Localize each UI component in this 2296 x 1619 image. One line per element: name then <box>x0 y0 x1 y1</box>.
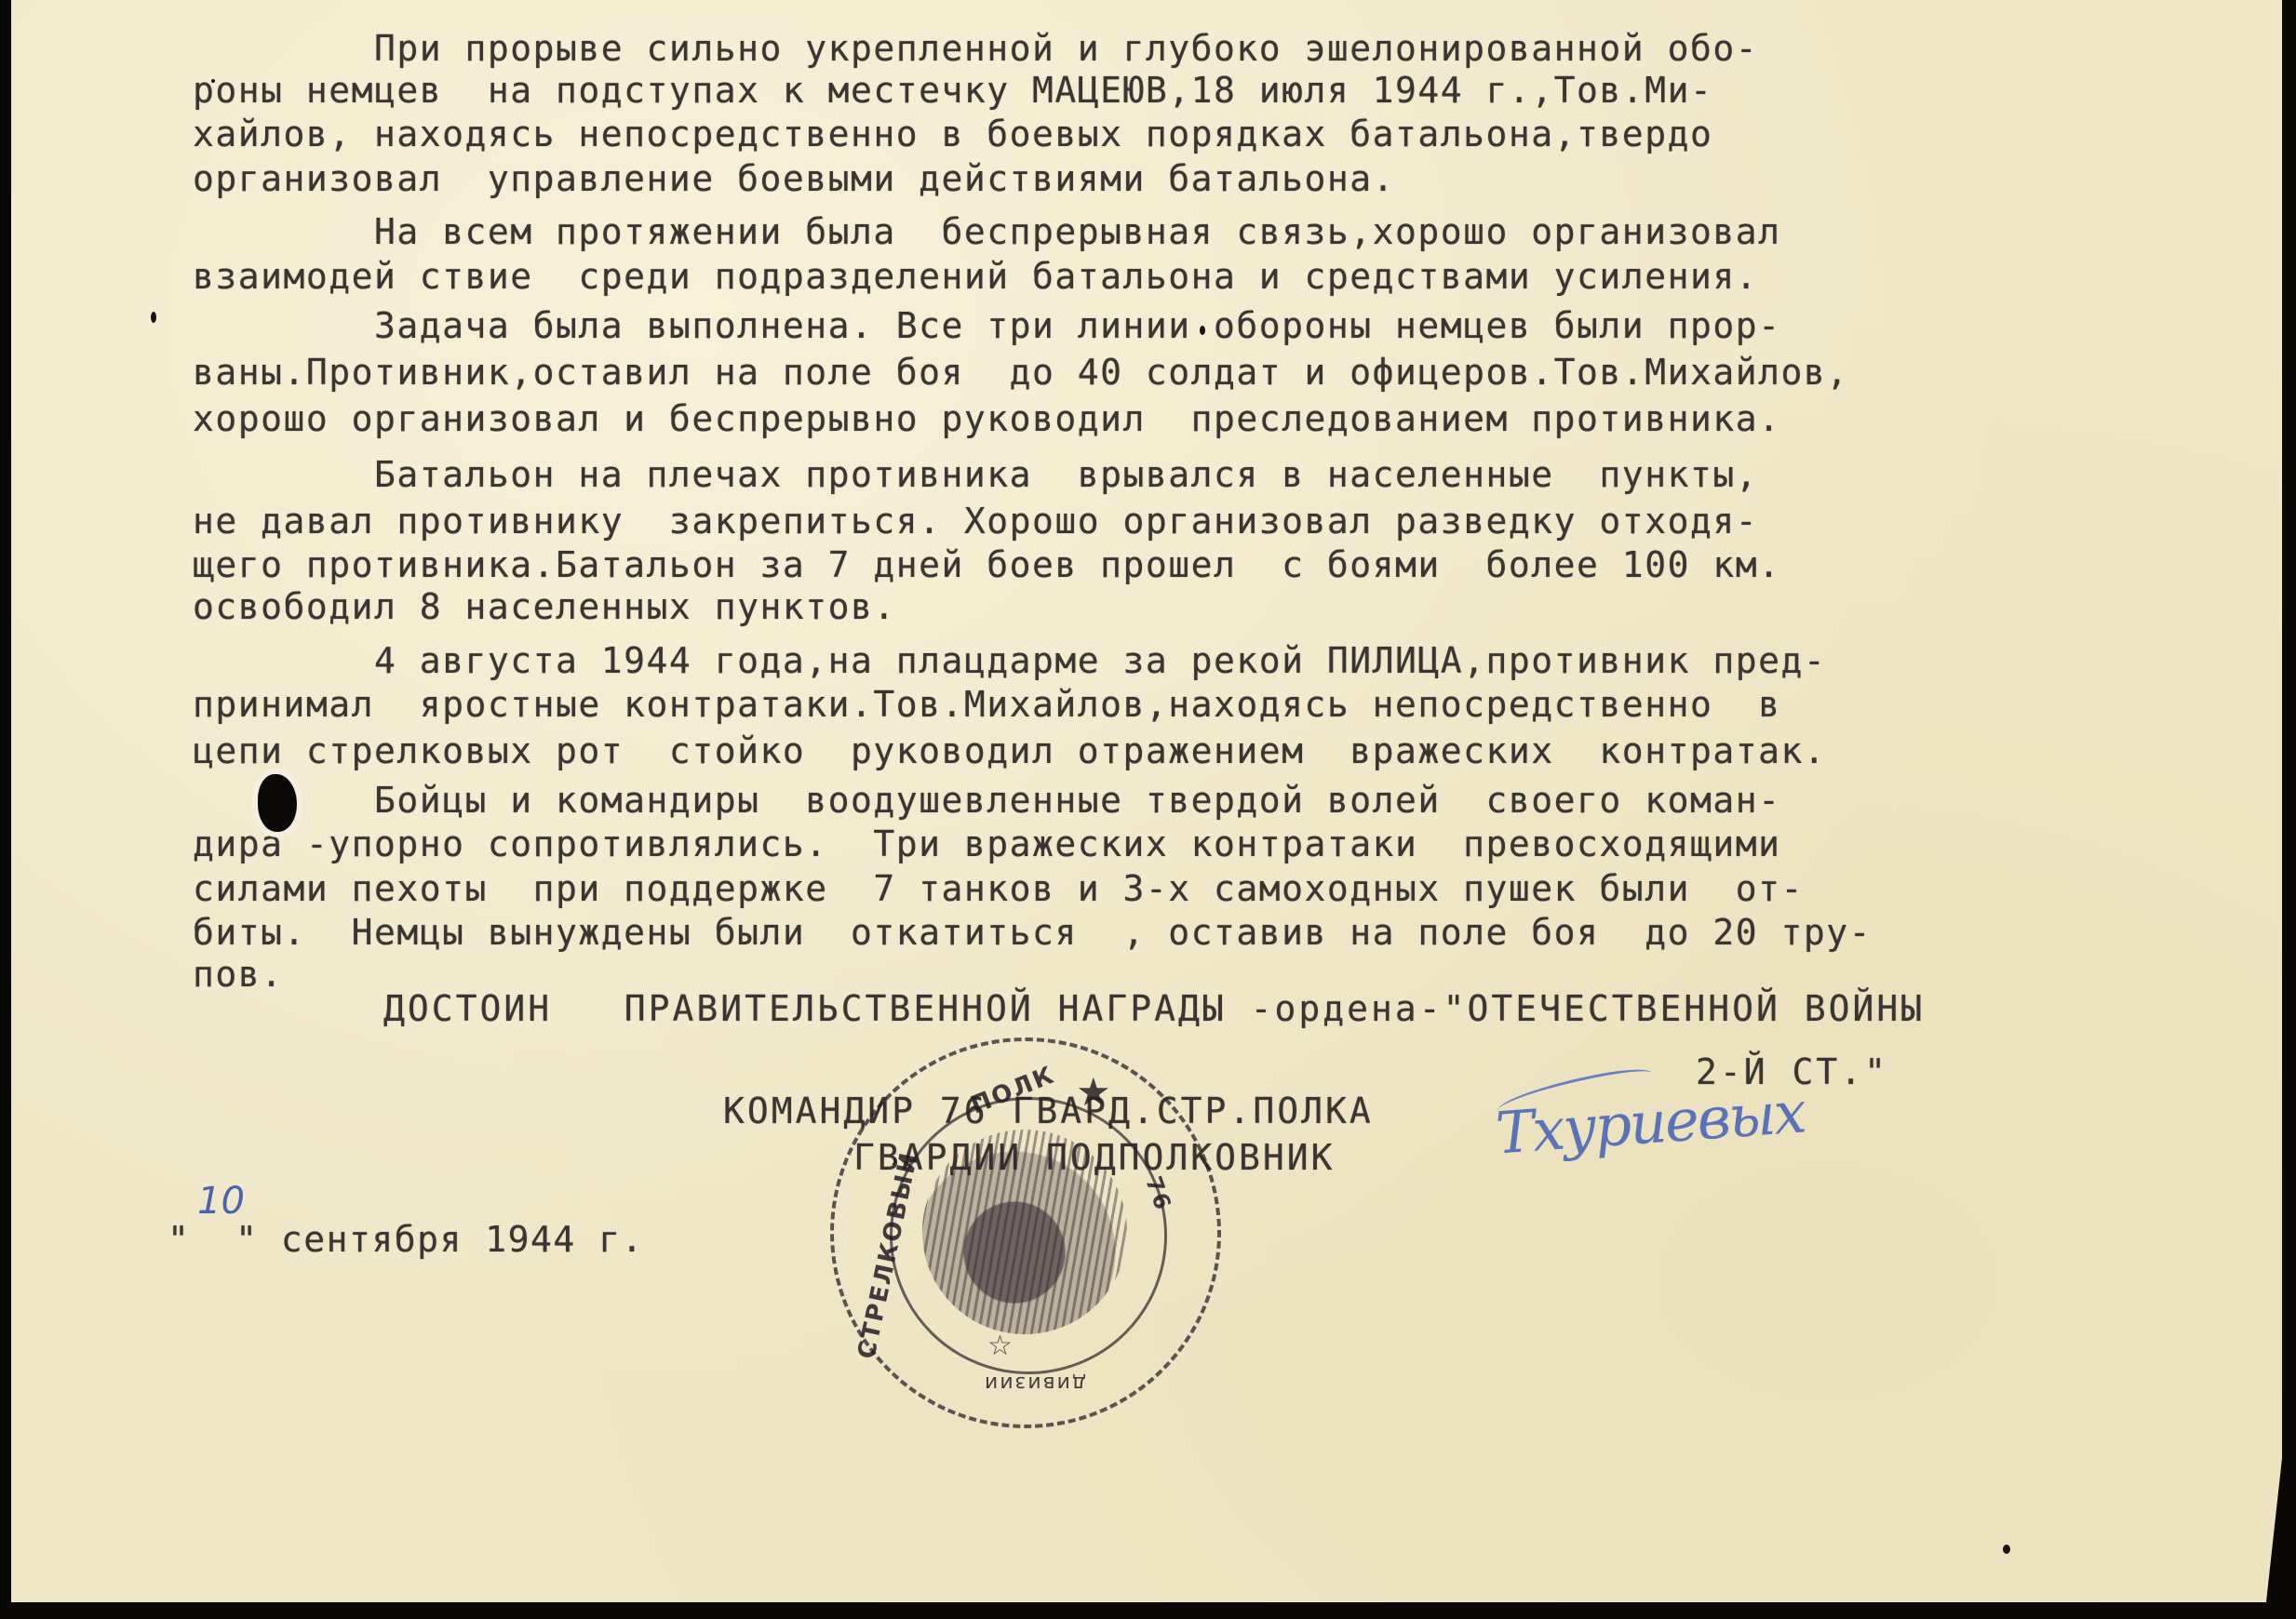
star-icon: ★ <box>1076 1069 1111 1116</box>
coat-of-arms-emblem <box>922 1130 1127 1334</box>
text-line: ваны.Противник,оставил на поле боя до 40… <box>193 352 1849 393</box>
text-line: роны немцев на подступах к местечку МАЦЕ… <box>193 70 1712 111</box>
award-recommendation: ДОСТОИН ПРАВИТЕЛЬСТВЕННОЙ НАГРАДЫ -орден… <box>383 988 1925 1029</box>
text-line: Батальон на плечах противника врывался в… <box>193 454 1758 495</box>
text-line: силами пехоты при поддержке 7 танков и 3… <box>193 868 1804 909</box>
text-line: При прорыве сильно укрепленной и глубоко… <box>193 28 1758 69</box>
ink-speck <box>211 79 215 83</box>
ink-speck <box>1200 326 1205 335</box>
seal-text-bottom: дивизии <box>983 1371 1086 1395</box>
text-line: принимал яростные контратаки.Тов.Михайло… <box>193 684 1780 725</box>
paper-sheet: При прорыве сильно укрепленной и глубоко… <box>11 0 2282 1602</box>
text-line: освободил 8 населенных пунктов. <box>193 586 896 627</box>
punch-hole <box>258 774 297 832</box>
regiment-seal-stamp: ★ ☆ ПОЛК СТРЕЛКОВЫЙ дивизии 76 <box>830 1037 1221 1428</box>
scanned-document: При прорыве сильно укрепленной и глубоко… <box>0 0 2296 1619</box>
ink-speck <box>151 312 156 323</box>
text-line: 4 августа 1944 года,на плацдарме за реко… <box>193 640 1826 681</box>
ink-speck <box>2003 1545 2010 1554</box>
text-line: щего противника.Батальон за 7 дней боев … <box>193 544 1780 585</box>
star-icon: ☆ <box>987 1330 1013 1362</box>
text-line: взаимодей ствие среди подразделений бата… <box>193 256 1758 297</box>
text-line: дира -упорно сопротивлялись. Три вражеск… <box>193 823 1780 864</box>
text-line: организовал управление боевыми действиям… <box>193 158 1395 199</box>
text-line: биты. Немцы вынуждены были откатиться , … <box>193 912 1872 953</box>
text-line: пов. <box>193 954 284 995</box>
date-day-handwritten: 10 <box>197 1180 245 1223</box>
date-line: " " сентября 1944 г. <box>168 1219 644 1260</box>
text-line: хайлов, находясь непосредственно в боевы… <box>193 114 1712 154</box>
text-line: хорошо организовал и беспрерывно руковод… <box>193 398 1780 439</box>
text-line: цепи стрелковых рот стойко руководил отр… <box>193 730 1826 771</box>
citation-body: При прорыве сильно укрепленной и глубоко… <box>193 28 329 1215</box>
text-line: На всем протяжении была беспрерывная свя… <box>193 211 1780 252</box>
text-line: не давал противнику закрепиться. Хорошо … <box>193 501 1758 542</box>
text-line: Задача была выполнена. Все три линии обо… <box>193 305 1780 346</box>
text-line: Бойцы и командиры воодушевленные твердой… <box>193 780 1780 821</box>
